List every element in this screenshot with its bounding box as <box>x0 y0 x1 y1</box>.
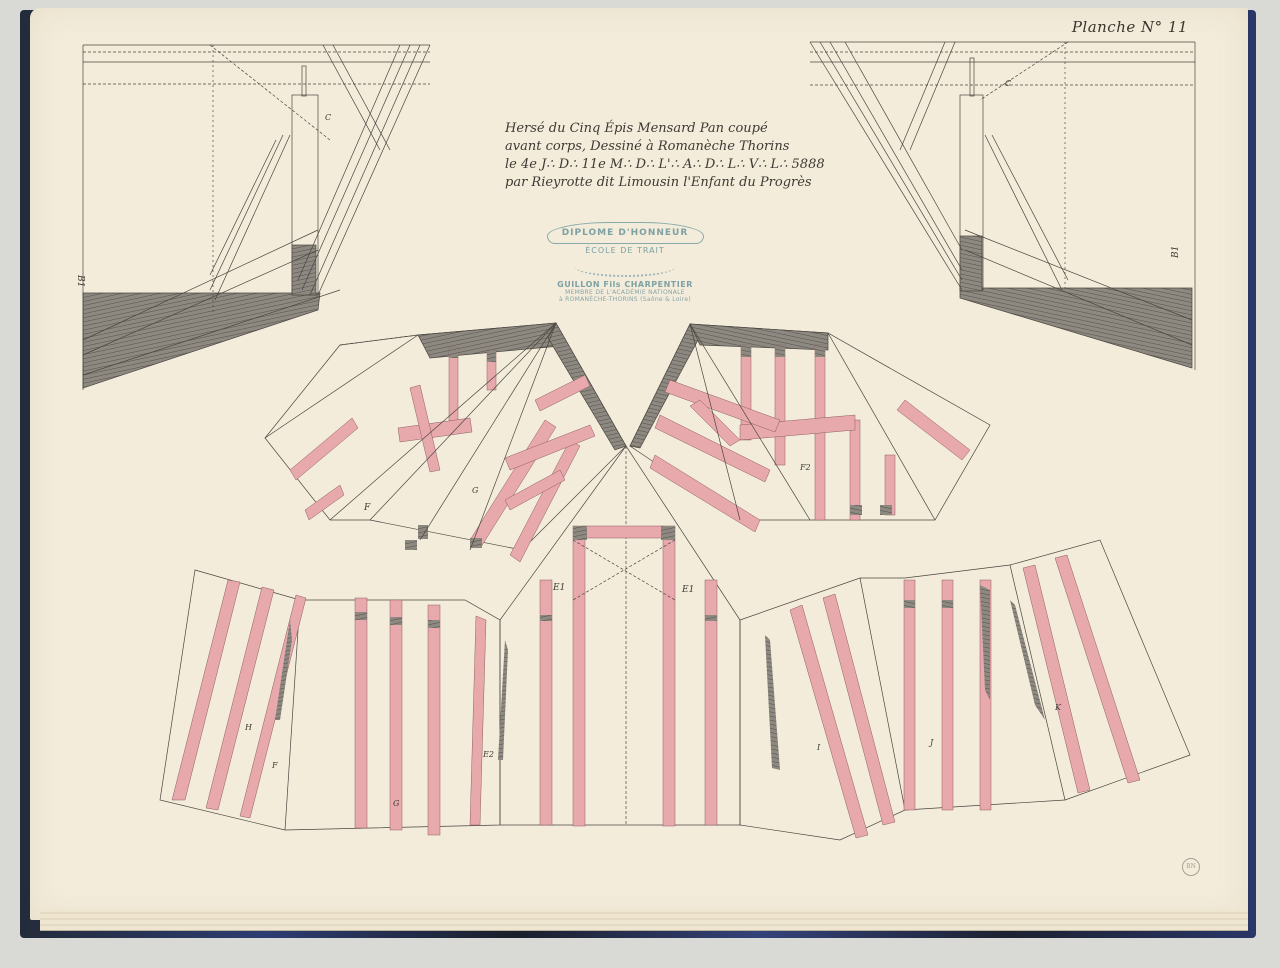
stamp-line-2: à ROMANÈCHE-THORINS (Saône & Loire) <box>540 296 710 303</box>
stamp-ribbon: DIPLOME D'HONNEUR <box>547 222 704 244</box>
left-elevation <box>83 45 430 390</box>
right-elevation-label: B1 <box>1171 246 1181 259</box>
plate-number: Planche N° 11 <box>1072 18 1188 36</box>
lower-right-roof-development <box>740 540 1190 840</box>
label-g-lower: G <box>393 799 400 808</box>
title-line-1: Hersé du Cinq Épis Mensard Pan coupé <box>505 120 865 138</box>
label-f-upper: F <box>363 503 371 513</box>
left-elevation-point: C <box>325 113 331 122</box>
title-line-3: le 4e J∴ D∴ 11e M∴ D∴ L'∴ A∴ D∴ L∴ V∴ L∴… <box>505 156 865 174</box>
upper-left-roof-development <box>265 323 626 562</box>
library-stamp-icon: BN <box>1182 858 1200 876</box>
stamp-maker: GUILLON Fils CHARPENTIER <box>540 280 710 289</box>
lower-left-roof-development <box>160 570 508 835</box>
title-line-2: avant corps, Dessiné à Romanèche Thorins <box>505 138 865 156</box>
label-f-lower: F <box>271 761 278 770</box>
right-elevation-point: C <box>1005 79 1011 88</box>
label-k-lower: K <box>1054 703 1062 712</box>
stamp-school: ÉCOLE DE TRAIT <box>540 246 710 255</box>
title-line-4: par Rieyrotte dit Limousin l'Enfant du P… <box>505 174 865 192</box>
diploma-stamp: DIPLOME D'HONNEUR ÉCOLE DE TRAIT GUILLON… <box>540 218 710 316</box>
left-elevation-label: B1 <box>75 274 85 287</box>
central-gable <box>500 446 740 826</box>
stamp-line-1: MEMBRE DE L'ACADÉMIE NATIONALE <box>540 289 710 296</box>
label-e2-lower: E2 <box>482 750 494 759</box>
stamp-wreath-icon <box>575 257 675 277</box>
label-i-lower: I <box>816 743 821 752</box>
label-f2-upper: F2 <box>799 463 811 472</box>
right-elevation <box>810 42 1195 370</box>
label-h-lower: H <box>244 723 253 732</box>
title-inscription: Hersé du Cinq Épis Mensard Pan coupé ava… <box>505 120 865 192</box>
label-e1-right: E1 <box>681 585 694 595</box>
label-j-lower: J <box>928 738 934 747</box>
label-e1-left: E1 <box>552 583 565 593</box>
label-g-upper: G <box>472 486 479 495</box>
upper-right-roof-development <box>630 324 990 532</box>
